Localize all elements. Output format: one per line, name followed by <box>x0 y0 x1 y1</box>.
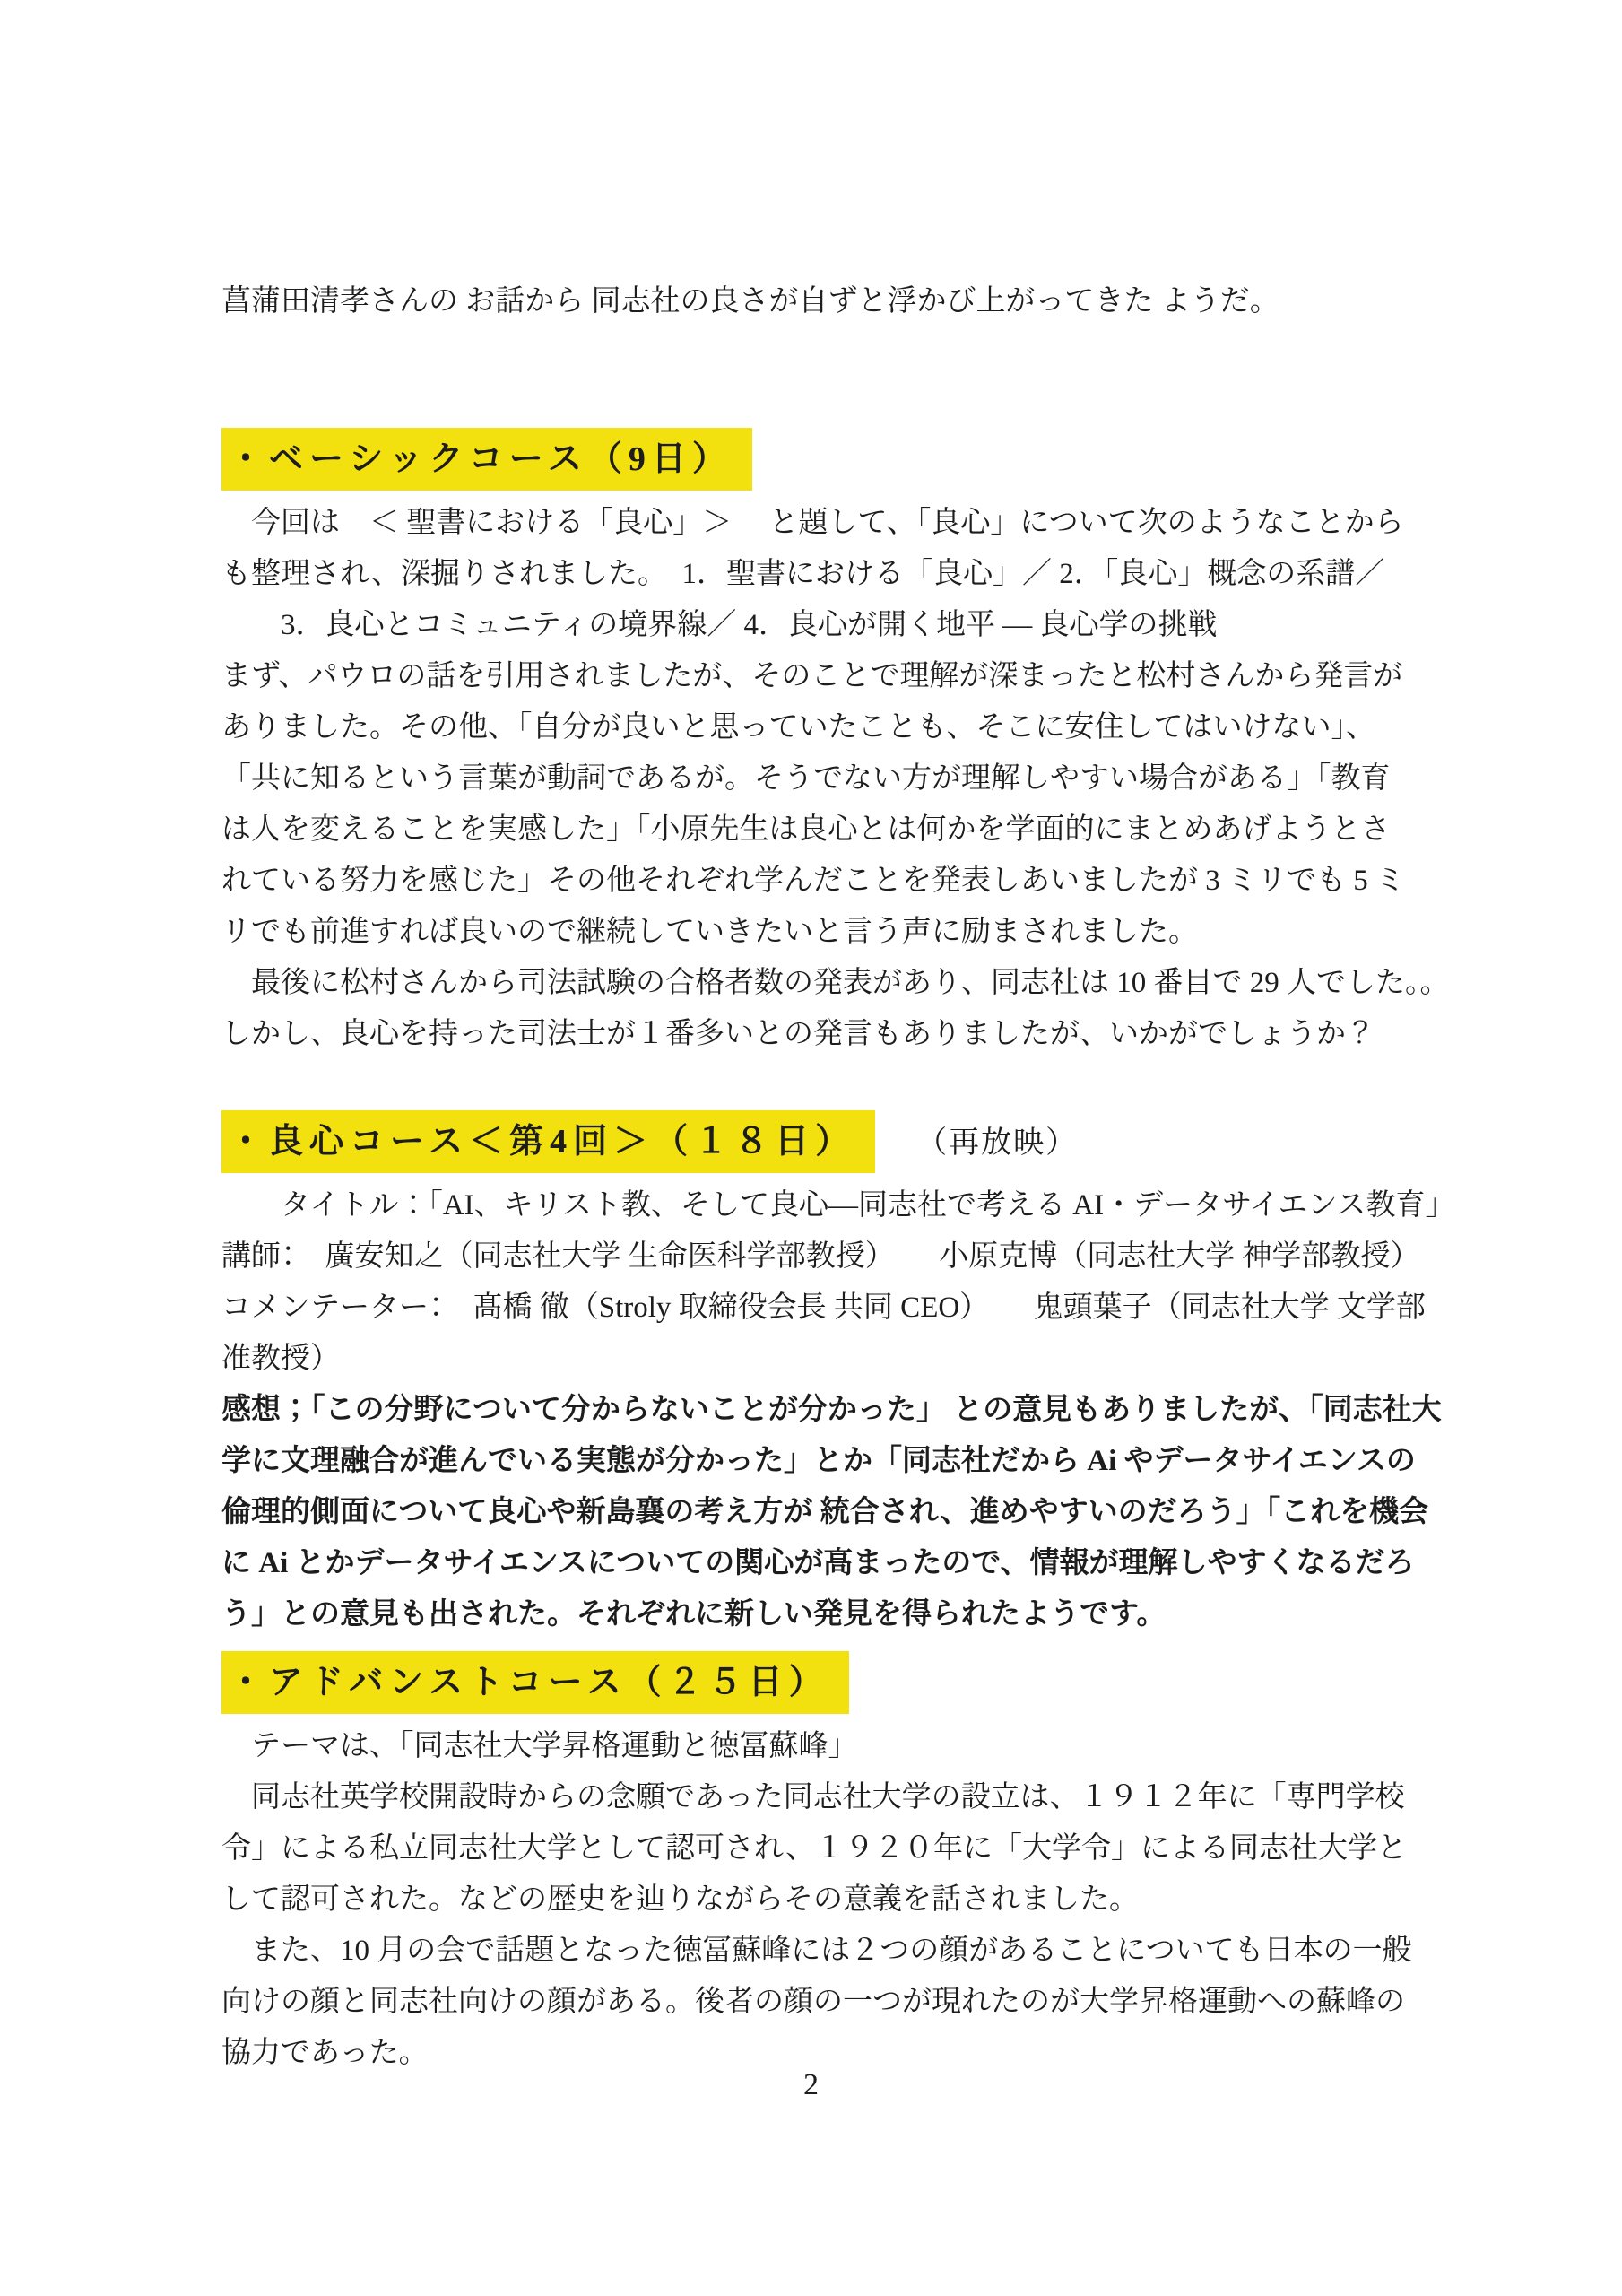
text-line: 准教授） <box>221 1334 1423 1385</box>
text-line: 菖蒲田清孝さんの お話から 同志社の良さが自ずと浮かび上がってきた ようだ。 <box>221 276 1423 327</box>
text-line: 学に文理融合が進んでいる実態が分かった」とか「同志社だから Ai やデータサイエ… <box>221 1436 1423 1487</box>
text-line: う」との意見も出された。それぞれに新しい発見を得られたようです。 <box>221 1589 1423 1640</box>
highlighted-heading-text: ・アドバンストコース（２５日） <box>221 1651 849 1714</box>
text-line: 同志社英学校開設時からの念願であった同志社大学の設立は、１９１２年に「専門学校 <box>221 1772 1423 1823</box>
advanced-course-paragraph: テーマは、「同志社大学昇格運動と徳冨蘇峰」 同志社英学校開設時からの念願であった… <box>221 1721 1423 2079</box>
intro-paragraph: 菖蒲田清孝さんの お話から 同志社の良さが自ずと浮かび上がってきた ようだ。 <box>221 276 1423 327</box>
text-line: 令」による私立同志社大学として認可され、１９２０年に「大学令」による同志社大学と <box>221 1823 1423 1874</box>
text-line: しかし、良心を持った司法士が１番多いとの発言もありましたが、いかがでしょうか？ <box>221 1009 1423 1060</box>
text-line: も整理され、深掘りされました。 1．聖書における「良心」／ 2．「良心」概念の系… <box>221 549 1423 600</box>
text-line: して認可された。などの歴史を辿りながらその意義を話されました。 <box>221 1874 1423 1926</box>
text-line: コメンテーター： 髙橋 徹（Stroly 取締役会長 共同 CEO） 鬼頭葉子（… <box>221 1283 1423 1334</box>
text-line: 講師： 廣安知之（同志社大学 生命医科学部教授） 小原克博（同志社大学 神学部教… <box>221 1231 1423 1283</box>
basic-course-heading: ・ベーシックコース（9日） <box>221 428 1423 491</box>
ryoshin-course-info-paragraph: タイトル：「AI、キリスト教、そして良心―同志社で考える AI・データサイエンス… <box>221 1180 1423 1385</box>
text-line: は人を変えることを実感した」「小原先生は良心とは何かを学面的にまとめあげようとさ <box>221 804 1423 856</box>
text-line: に Ai とかデータサイエンスについての関心が高まったので、情報が理解しやすくな… <box>221 1538 1423 1589</box>
basic-course-paragraph: 今回は ＜ 聖書における「良心」＞ と題して、「良心」について次のようなことから… <box>221 498 1423 1060</box>
text-line: ありました。その他、「自分が良いと思っていたことも、そこに安住してはいけない」、 <box>221 702 1423 753</box>
text-line: 3．良心とコミュニティの境界線／ 4．良心が開く地平 ― 良心学の挑戦 <box>221 600 1423 651</box>
text-line: リでも前進すれば良いので継続していきたいと言う声に励まされました。 <box>221 907 1423 958</box>
text-line: まず、パウロの話を引用されましたが、そのことで理解が深まったと松村さんから発言が <box>221 651 1423 702</box>
text-line: れている努力を感じた」その他それぞれ学んだことを発表しあいましたが 3 ミリでも… <box>221 856 1423 907</box>
heading-suffix: （再放映） <box>916 1126 1078 1160</box>
text-line: また、10 月の会で話題となった徳冨蘇峰には２つの顔があることについても日本の一… <box>221 1926 1423 1977</box>
text-line: テーマは、「同志社大学昇格運動と徳冨蘇峰」 <box>221 1721 1423 1772</box>
text-line: 最後に松村さんから司法試験の合格者数の発表があり、同志社は 10 番目で 29 … <box>221 958 1423 1009</box>
document-page: 菖蒲田清孝さんの お話から 同志社の良さが自ずと浮かび上がってきた ようだ。・ベ… <box>0 0 1622 2296</box>
text-line: 今回は ＜ 聖書における「良心」＞ と題して、「良心」について次のようなことから <box>221 498 1423 549</box>
text-line: 倫理的側面について良心や新島襄の考え方が 統合され、進めやすいのだろう」「これを… <box>221 1487 1423 1538</box>
text-line: 感想；「この分野について分からないことが分かった」 との意見もありましたが、「同… <box>221 1385 1423 1436</box>
highlighted-heading-text: ・良心コース＜第4回＞（１８日） <box>221 1110 875 1173</box>
text-line: タイトル：「AI、キリスト教、そして良心―同志社で考える AI・データサイエンス… <box>221 1180 1423 1231</box>
text-line: 「共に知るという言葉が動詞であるが。そうでない方が理解しやすい場合がある」「教育 <box>221 753 1423 804</box>
ryoshin-course-heading: ・良心コース＜第4回＞（１８日）（再放映） <box>221 1110 1423 1173</box>
ryoshin-course-impressions-paragraph: 感想；「この分野について分からないことが分かった」 との意見もありましたが、「同… <box>221 1385 1423 1640</box>
text-line: 向けの顔と同志社向けの顔がある。後者の顔の一つが現れたのが大学昇格運動への蘇峰の <box>221 1977 1423 2028</box>
document-content: 菖蒲田清孝さんの お話から 同志社の良さが自ずと浮かび上がってきた ようだ。・ベ… <box>221 276 1423 2079</box>
page-number: 2 <box>0 2068 1622 2102</box>
highlighted-heading-text: ・ベーシックコース（9日） <box>221 428 752 491</box>
advanced-course-heading: ・アドバンストコース（２５日） <box>221 1651 1423 1714</box>
